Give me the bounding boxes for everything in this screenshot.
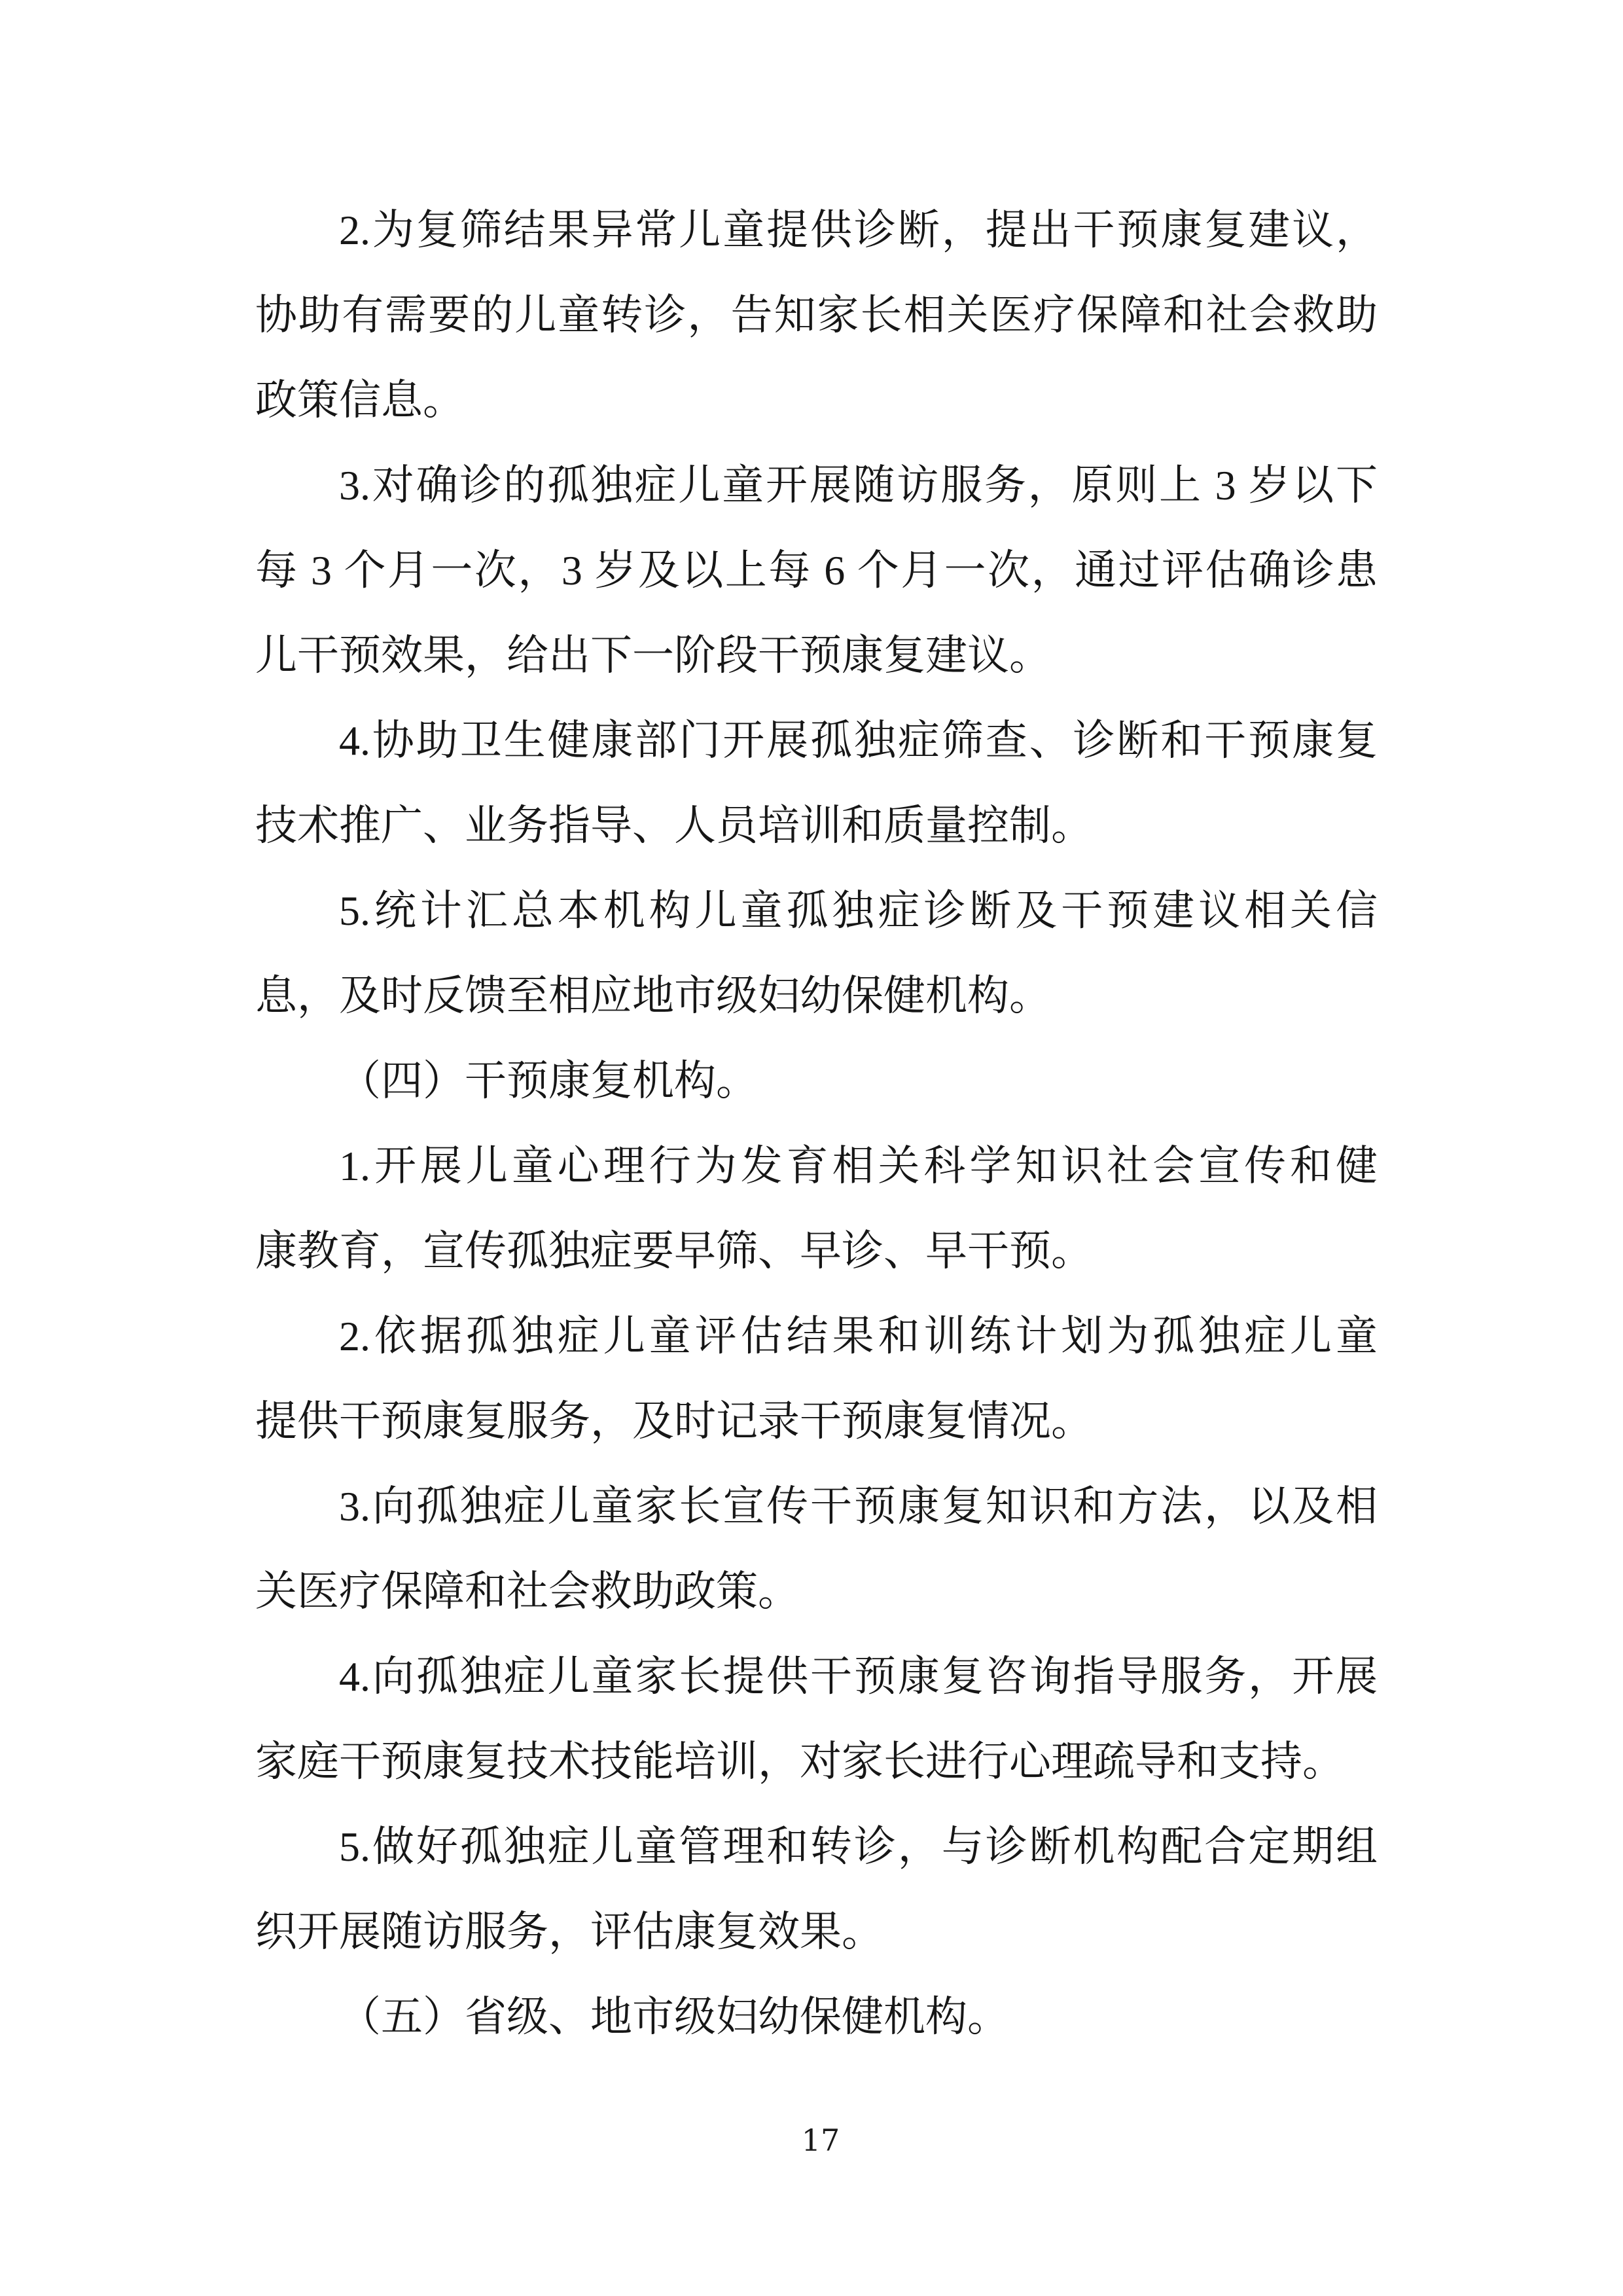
text-line: 3.向孤独症儿童家长宣传干预康复知识和方法，以及相 [255, 1464, 1378, 1549]
text-line: （五）省级、地市级妇幼保健机构。 [255, 1975, 1378, 2060]
paragraph: 3.向孤独症儿童家长宣传干预康复知识和方法，以及相关医疗保障和社会救助政策。 [255, 1464, 1378, 1634]
paragraph: 2.依据孤独症儿童评估结果和训练计划为孤独症儿童提供干预康复服务，及时记录干预康… [255, 1294, 1378, 1464]
text-line: 协助有需要的儿童转诊，告知家长相关医疗保障和社会救助 [255, 273, 1378, 358]
paragraph: 2.为复筛结果异常儿童提供诊断，提出干预康复建议，协助有需要的儿童转诊，告知家长… [255, 188, 1378, 443]
text-line: 关医疗保障和社会救助政策。 [255, 1549, 1378, 1634]
text-line: 技术推广、业务指导、人员培训和质量控制。 [255, 783, 1378, 869]
page-footer: 17 [0, 2121, 1623, 2160]
text-line: 康教育，宣传孤独症要早筛、早诊、早干预。 [255, 1209, 1378, 1294]
text-line: 4.协助卫生健康部门开展孤独症筛查、诊断和干预康复 [255, 698, 1378, 783]
text-line: 2.为复筛结果异常儿童提供诊断，提出干预康复建议， [255, 188, 1378, 273]
text-line: 1.开展儿童心理行为发育相关科学知识社会宣传和健 [255, 1124, 1378, 1209]
paragraph: 5.做好孤独症儿童管理和转诊，与诊断机构配合定期组织开展随访服务，评估康复效果。 [255, 1804, 1378, 1975]
paragraph: （四）干预康复机构。 [255, 1039, 1378, 1124]
paragraph: 3.对确诊的孤独症儿童开展随访服务，原则上 3 岁以下每 3 个月一次，3 岁及… [255, 443, 1378, 698]
paragraph: 4.向孤独症儿童家长提供干预康复咨询指导服务，开展家庭干预康复技术技能培训，对家… [255, 1634, 1378, 1804]
paragraph: 5.统计汇总本机构儿童孤独症诊断及干预建议相关信息，及时反馈至相应地市级妇幼保健… [255, 869, 1378, 1039]
text-line: 5.做好孤独症儿童管理和转诊，与诊断机构配合定期组 [255, 1804, 1378, 1890]
text-line: 政策信息。 [255, 358, 1378, 443]
page-number: 17 [802, 2121, 840, 2160]
document-page: 2.为复筛结果异常儿童提供诊断，提出干预康复建议，协助有需要的儿童转诊，告知家长… [0, 0, 1623, 2296]
text-line: 提供干预康复服务，及时记录干预康复情况。 [255, 1379, 1378, 1464]
text-line: 织开展随访服务，评估康复效果。 [255, 1890, 1378, 1975]
text-line: 5.统计汇总本机构儿童孤独症诊断及干预建议相关信 [255, 869, 1378, 954]
text-line: 3.对确诊的孤独症儿童开展随访服务，原则上 3 岁以下 [255, 443, 1378, 528]
text-line: 2.依据孤独症儿童评估结果和训练计划为孤独症儿童 [255, 1294, 1378, 1379]
paragraph: （五）省级、地市级妇幼保健机构。 [255, 1975, 1378, 2060]
text-line: 4.向孤独症儿童家长提供干预康复咨询指导服务，开展 [255, 1634, 1378, 1719]
paragraph: 4.协助卫生健康部门开展孤独症筛查、诊断和干预康复技术推广、业务指导、人员培训和… [255, 698, 1378, 869]
text-line: 儿干预效果，给出下一阶段干预康复建议。 [255, 613, 1378, 698]
text-line: 息，及时反馈至相应地市级妇幼保健机构。 [255, 954, 1378, 1039]
text-line: 家庭干预康复技术技能培训，对家长进行心理疏导和支持。 [255, 1719, 1378, 1804]
document-body: 2.为复筛结果异常儿童提供诊断，提出干预康复建议，协助有需要的儿童转诊，告知家长… [255, 188, 1378, 2060]
text-line: （四）干预康复机构。 [255, 1039, 1378, 1124]
text-line: 每 3 个月一次，3 岁及以上每 6 个月一次，通过评估确诊患 [255, 528, 1378, 613]
paragraph: 1.开展儿童心理行为发育相关科学知识社会宣传和健康教育，宣传孤独症要早筛、早诊、… [255, 1124, 1378, 1294]
